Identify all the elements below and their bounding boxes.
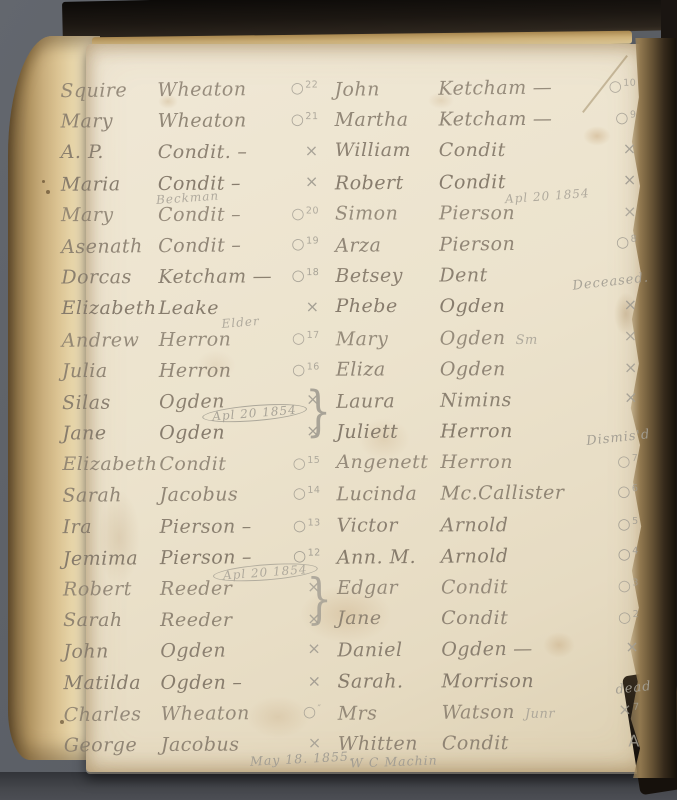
pencil-footer-note: May 18. 1855. (250, 748, 355, 768)
footer-annotations: May 18. 1855.W C Machin (0, 0, 677, 800)
book-photo: SquireWheaton○22MaryWheaton○21A. P.Condi… (0, 0, 677, 800)
pencil-footer-note: W C Machin (350, 752, 438, 770)
